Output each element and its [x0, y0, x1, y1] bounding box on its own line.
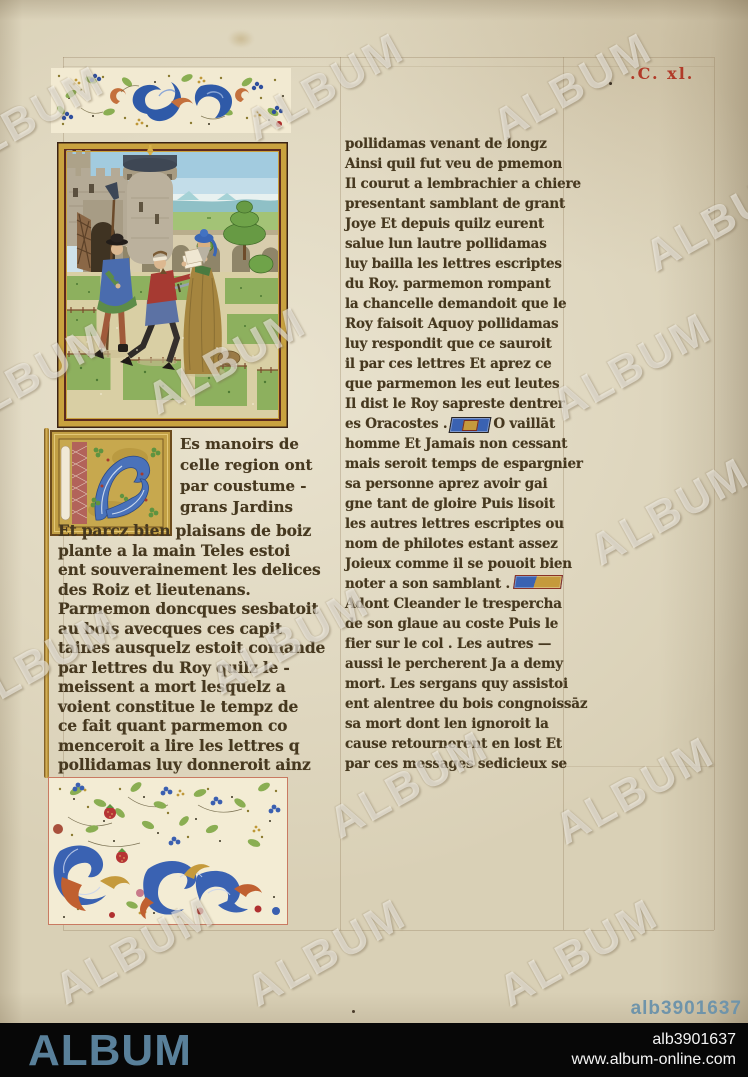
text-line: es Oracostes .: [345, 416, 447, 432]
text-line: noter a son samblant .: [345, 576, 510, 592]
footer-bar: ALBUM alb3901637 www.album-online.com: [0, 1023, 748, 1077]
text-line: au bois avecques ces capit: [58, 619, 330, 639]
album-watermark: ALBUM: [485, 23, 661, 151]
ink-speck: [708, 209, 710, 211]
left-column-intro: Es manoirs de celle region ont par coust…: [180, 434, 330, 518]
text-line: nom de philotes estant assez: [345, 534, 565, 554]
text-line: sa mort dont len ignoroit la: [345, 714, 565, 734]
image-id-watermark: alb3901637: [631, 998, 742, 1020]
text-line: homme Et Jamais non cessant: [345, 434, 565, 454]
album-logo: ALBUM: [28, 1023, 192, 1077]
text-line: la chancelle demandoit que le: [345, 294, 565, 314]
text-line: Roy faisoit Aquoy pollidamas: [345, 314, 565, 334]
ruling-line: [63, 66, 714, 67]
album-watermark: ALBUM: [637, 154, 748, 282]
left-column-text: Et parcz bien plaisans de boiz plante a …: [58, 521, 330, 775]
text-line: noter a son samblant .: [345, 574, 565, 594]
text-line: pollidamas luy donneroit ainz: [58, 755, 330, 775]
text-line: les autres lettres escriptes ou: [345, 514, 565, 534]
ink-speck: [609, 82, 612, 85]
album-watermark: ALBUM: [544, 303, 720, 431]
text-line: de son glaue au coste Puis le: [345, 614, 565, 634]
text-line: des Roiz et lieutenans.: [58, 580, 330, 600]
folio-number: .C. xl.: [630, 64, 694, 83]
text-line: menceroit a lire les lettres q: [58, 736, 330, 756]
text-line: Joye Et depuis quilz eurent: [345, 214, 565, 234]
text-line: Il courut a lembrachier a chiere: [345, 174, 565, 194]
text-line: Joieux comme il se pouoit bien: [345, 554, 565, 574]
text-line: salue lun lautre pollidamas: [345, 234, 565, 254]
text-line: Il dist le Roy sapreste dentrer: [345, 394, 565, 414]
ruling-line: [63, 930, 714, 931]
text-line: O vaillāt: [493, 416, 555, 432]
stock-photo: .C. xl.: [0, 0, 748, 1077]
text-line: plante a la main Teles estoi: [58, 541, 330, 561]
ruling-line: [563, 766, 714, 767]
text-line: Es manoirs de: [180, 434, 330, 455]
text-line: voient constitue le tempz de: [58, 697, 330, 717]
line-filler-ornament: [513, 575, 563, 589]
ink-speck: [352, 1010, 355, 1013]
text-line: grans Jardins: [180, 497, 330, 518]
text-line: gne tant de gloire Puis lisoit: [345, 494, 565, 514]
floral-panel-bottom: [48, 777, 288, 925]
ruling-line: [714, 57, 715, 930]
text-line: aussi le percherent Ja a demy: [345, 654, 565, 674]
text-line: par ces messages sedicieux se: [345, 754, 565, 774]
text-line: mais seroit temps de espargnier: [345, 454, 565, 474]
text-line: ent alentree du bois congnoissāz: [345, 694, 565, 714]
text-line: luy bailla les lettres escriptes: [345, 254, 565, 274]
text-line: meissent a mort lesquelz a: [58, 677, 330, 697]
text-line: Adont Cleander le trespercha: [345, 594, 565, 614]
text-line: presentant samblant de grant: [345, 194, 565, 214]
text-line: mort. Les sergans quy assistoi: [345, 674, 565, 694]
text-line: pollidamas venant de longz: [345, 134, 565, 154]
parchment-stain: [228, 30, 254, 48]
album-watermark: ALBUM: [547, 727, 723, 855]
text-line: Et parcz bien plaisans de boiz: [58, 521, 330, 541]
text-line: celle region ont: [180, 455, 330, 476]
text-line: il par ces lettres Et aprez ce: [345, 354, 565, 374]
ruling-line: [340, 57, 341, 930]
text-line: luy respondit que ce sauroit: [345, 334, 565, 354]
manuscript-page: .C. xl.: [0, 0, 748, 1023]
right-column-text: pollidamas venant de longz Ainsi quil fu…: [345, 134, 565, 774]
ruling-line: [63, 57, 714, 58]
text-line: cause retournerent en lost Et: [345, 734, 565, 754]
text-line: fier sur le col . Les autres —: [345, 634, 565, 654]
text-line: es Oracostes .O vaillāt: [345, 414, 565, 434]
line-filler-ornament: [449, 417, 492, 433]
album-watermark: ALBUM: [582, 448, 748, 576]
text-line: taines ausquelz estoit comande: [58, 638, 330, 658]
text-line: Ainsi quil fut veu de pmemon: [345, 154, 565, 174]
text-line: par coustume -: [180, 476, 330, 497]
text-line: ent souverainement les delices: [58, 560, 330, 580]
text-line: ce fait quant parmemon co: [58, 716, 330, 736]
text-line: Parmemon doncques sesbatoit: [58, 599, 330, 619]
gold-bar-ornament: [44, 428, 49, 778]
image-id: alb3901637: [571, 1030, 736, 1050]
floral-border-top: [51, 68, 291, 133]
text-line: du Roy. parmemon rompant: [345, 274, 565, 294]
text-line: sa personne aprez avoir gai: [345, 474, 565, 494]
text-line: par lettres du Roy quilz le -: [58, 658, 330, 678]
miniature-painting: [57, 142, 288, 428]
website-url: www.album-online.com: [571, 1050, 736, 1070]
text-line: que parmemon les eut leutes: [345, 374, 565, 394]
